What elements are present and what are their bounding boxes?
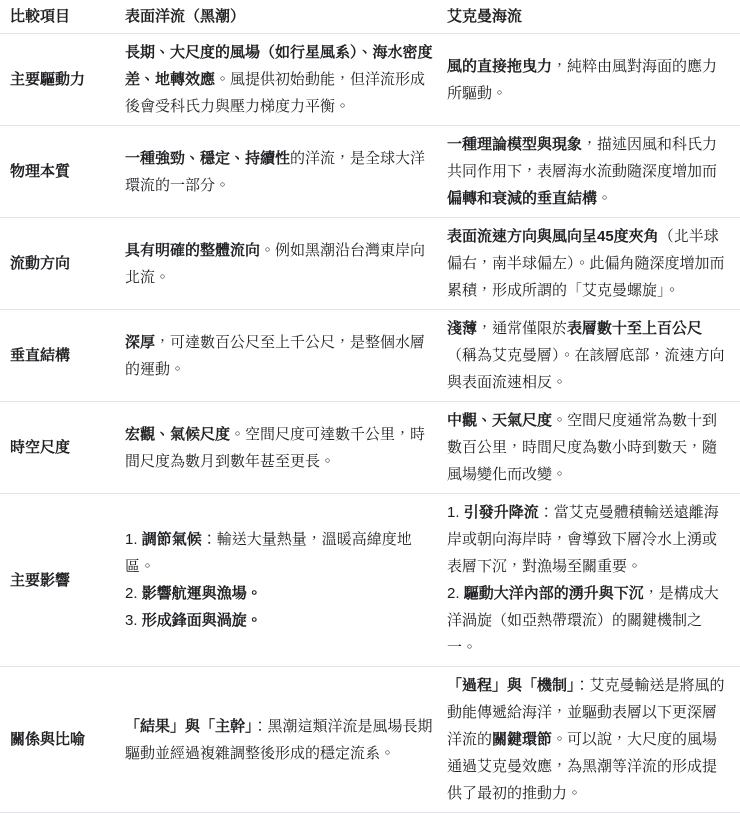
table-row-flow-direction: 流動方向 具有明確的整體流向。例如黑潮沿台灣東岸向北流。 表面流速方向與風向呈4… xyxy=(0,218,740,310)
bold-text-run: 偏轉和衰減的垂直結構 xyxy=(447,190,597,207)
row-label: 時空尺度 xyxy=(0,402,125,494)
comparison-table: 比較項目 表面洋流（黑潮） 艾克曼海流 主要驅動力 長期、大尺度的風場（如行星風… xyxy=(0,0,740,813)
header-comparison-item: 比較項目 xyxy=(0,0,125,34)
bold-text-run: 表面流速方向與風向呈45度夾角 xyxy=(447,228,659,245)
cell-paragraph: 具有明確的整體流向。例如黑潮沿台灣東岸向北流。 xyxy=(125,237,435,291)
cell-paragraph: 1. 引發升降流：當艾克曼體積輸送遠離海岸或朝向海岸時，會導致下層冷水上湧或表層… xyxy=(447,499,728,580)
cell-paragraph: 淺薄，通常僅限於表層數十至上百公尺（稱為艾克曼層）。在該層底部，流速方向與表面流… xyxy=(447,315,728,396)
bold-text-run: 淺薄 xyxy=(447,320,477,337)
text-run: 3. xyxy=(125,612,142,629)
cell-paragraph: 1. 調節氣候：輸送大量熱量，溫暖高緯度地區。 xyxy=(125,526,435,580)
ekman-cell: 一種理論模型與現象，描述因風和科氏力共同作用下，表層海水流動隨深度增加而偏轉和衰… xyxy=(447,126,740,218)
cell-paragraph: 一種理論模型與現象，描述因風和科氏力共同作用下，表層海水流動隨深度增加而偏轉和衰… xyxy=(447,131,728,212)
bold-text-run: 一種強勁、穩定、持續性 xyxy=(125,150,290,167)
bold-text-run: 引發升降流 xyxy=(464,504,539,521)
bold-text-run: 風的直接拖曳力 xyxy=(447,58,552,75)
bold-text-run: 具有明確的整體流向 xyxy=(125,242,260,259)
table-row-vertical-structure: 垂直結構 深厚，可達數百公尺至上千公尺，是整個水層的運動。 淺薄，通常僅限於表層… xyxy=(0,310,740,402)
row-label: 垂直結構 xyxy=(0,310,125,402)
bold-text-run: 「過程」與「機制」 xyxy=(447,677,575,694)
bold-text-run: 中觀、天氣尺度 xyxy=(447,412,552,429)
bold-text-run: 深厚 xyxy=(125,334,155,351)
cell-paragraph: 長期、大尺度的風場（如行星風系）、海水密度差、地轉效應。風提供初始動能，但洋流形… xyxy=(125,39,435,120)
text-run: （稱為艾克曼層）。在該層底部，流速方向與表面流速相反。 xyxy=(447,347,725,391)
cell-paragraph: 2. 驅動大洋內部的湧升與下沉，是構成大洋渦旋（如亞熱帶環流）的關鍵機制之一。 xyxy=(447,580,728,661)
text-run: 。 xyxy=(597,190,612,207)
bold-text-run: 影響航運與漁場。 xyxy=(142,585,262,602)
kuroshio-cell: 深厚，可達數百公尺至上千公尺，是整個水層的運動。 xyxy=(125,310,447,402)
row-label: 物理本質 xyxy=(0,126,125,218)
bold-text-run: 驅動大洋內部的湧升與下沉 xyxy=(464,585,644,602)
bold-text-run: 形成鋒面與渦旋。 xyxy=(142,612,262,629)
cell-paragraph: 表面流速方向與風向呈45度夾角（北半球偏右，南半球偏左）。此偏角隨深度增加而累積… xyxy=(447,223,728,304)
table-row-physical-nature: 物理本質 一種強勁、穩定、持續性的洋流，是全球大洋環流的一部分。 一種理論模型與… xyxy=(0,126,740,218)
row-label: 流動方向 xyxy=(0,218,125,310)
ekman-cell: 中觀、天氣尺度。空間尺度通常為數十到數百公里，時間尺度為數小時到數天，隨風場變化… xyxy=(447,402,740,494)
text-run: 2. xyxy=(447,585,464,602)
header-row: 比較項目 表面洋流（黑潮） 艾克曼海流 xyxy=(0,0,740,34)
bold-text-run: 「結果」與「主幹」 xyxy=(125,718,253,735)
cell-paragraph: 3. 形成鋒面與渦旋。 xyxy=(125,607,435,634)
bold-text-run: 調節氣候 xyxy=(142,531,202,548)
bold-text-run: 宏觀、氣候尺度 xyxy=(125,426,230,443)
kuroshio-cell: 1. 調節氣候：輸送大量熱量，溫暖高緯度地區。2. 影響航運與漁場。3. 形成鋒… xyxy=(125,494,447,667)
kuroshio-cell: 具有明確的整體流向。例如黑潮沿台灣東岸向北流。 xyxy=(125,218,447,310)
kuroshio-cell: 長期、大尺度的風場（如行星風系）、海水密度差、地轉效應。風提供初始動能，但洋流形… xyxy=(125,34,447,126)
ekman-cell: 淺薄，通常僅限於表層數十至上百公尺（稱為艾克曼層）。在該層底部，流速方向與表面流… xyxy=(447,310,740,402)
cell-paragraph: 深厚，可達數百公尺至上千公尺，是整個水層的運動。 xyxy=(125,329,435,383)
table-row-main-impacts: 主要影響 1. 調節氣候：輸送大量熱量，溫暖高緯度地區。2. 影響航運與漁場。3… xyxy=(0,494,740,667)
row-label: 主要影響 xyxy=(0,494,125,667)
cell-paragraph: 風的直接拖曳力，純粹由風對海面的應力所驅動。 xyxy=(447,53,728,107)
kuroshio-cell: 一種強勁、穩定、持續性的洋流，是全球大洋環流的一部分。 xyxy=(125,126,447,218)
text-run: 1. xyxy=(125,531,142,548)
ekman-cell: 表面流速方向與風向呈45度夾角（北半球偏右，南半球偏左）。此偏角隨深度增加而累積… xyxy=(447,218,740,310)
cell-paragraph: 「結果」與「主幹」：黑潮這類洋流是風場長期驅動並經過複雜調整後形成的穩定流系。 xyxy=(125,713,435,767)
text-run: 1. xyxy=(447,504,464,521)
bold-text-run: 關鍵環節 xyxy=(492,731,552,748)
ekman-cell: 風的直接拖曳力，純粹由風對海面的應力所驅動。 xyxy=(447,34,740,126)
text-run: ，通常僅限於 xyxy=(477,320,567,337)
bold-text-run: 表層數十至上百公尺 xyxy=(567,320,702,337)
header-surface-current-kuroshio: 表面洋流（黑潮） xyxy=(125,0,447,34)
text-run: ，可達數百公尺至上千公尺，是整個水層的運動。 xyxy=(125,334,425,378)
kuroshio-cell: 宏觀、氣候尺度。空間尺度可達數千公里，時間尺度為數月到數年甚至更長。 xyxy=(125,402,447,494)
cell-paragraph: 中觀、天氣尺度。空間尺度通常為數十到數百公里，時間尺度為數小時到數天，隨風場變化… xyxy=(447,407,728,488)
row-label: 主要驅動力 xyxy=(0,34,125,126)
header-ekman-current: 艾克曼海流 xyxy=(447,0,740,34)
cell-paragraph: 2. 影響航運與漁場。 xyxy=(125,580,435,607)
table-row-spatiotemporal-scale: 時空尺度 宏觀、氣候尺度。空間尺度可達數千公里，時間尺度為數月到數年甚至更長。 … xyxy=(0,402,740,494)
ekman-cell: 1. 引發升降流：當艾克曼體積輸送遠離海岸或朝向海岸時，會導致下層冷水上湧或表層… xyxy=(447,494,740,667)
cell-paragraph: 一種強勁、穩定、持續性的洋流，是全球大洋環流的一部分。 xyxy=(125,145,435,199)
bold-text-run: 一種理論模型與現象 xyxy=(447,136,582,153)
text-run: 2. xyxy=(125,585,142,602)
cell-paragraph: 「過程」與「機制」：艾克曼輸送是將風的動能傳遞給海洋，並驅動表層以下更深層洋流的… xyxy=(447,672,728,807)
cell-paragraph: 宏觀、氣候尺度。空間尺度可達數千公里，時間尺度為數月到數年甚至更長。 xyxy=(125,421,435,475)
table-row-driving-force: 主要驅動力 長期、大尺度的風場（如行星風系）、海水密度差、地轉效應。風提供初始動… xyxy=(0,34,740,126)
